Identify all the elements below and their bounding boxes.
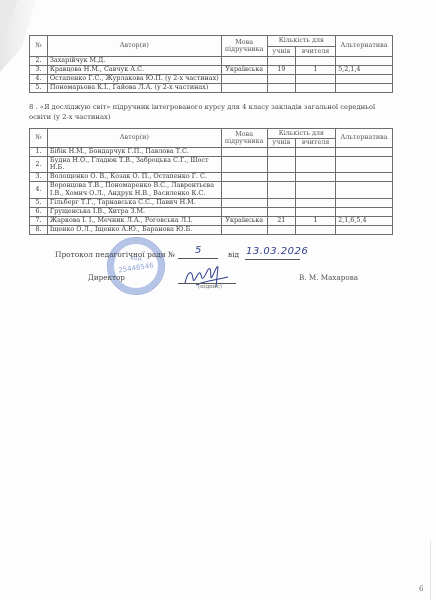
header-alternative: Альтернатива	[336, 36, 393, 57]
row-alternative	[336, 225, 393, 234]
row-teachers	[296, 181, 336, 198]
header-language: Мова підручника	[221, 36, 267, 57]
textbook-table-top: № Автор(и) Мова підручника Кількість для…	[29, 35, 393, 93]
row-students: 21	[267, 216, 295, 225]
row-alternative	[336, 172, 393, 181]
row-students	[267, 181, 295, 198]
table-row: 5. Пономарьова К.І., Гайова Л.А. (у 2-х …	[30, 84, 393, 93]
page-number: 6	[419, 585, 423, 593]
row-author: Волощенко О. В., Козак О. П., Остапенко …	[47, 172, 221, 181]
row-language	[221, 172, 267, 181]
row-language: Українська	[221, 216, 267, 225]
row-author: Остапенко Г.С., Журлакова Ю.П. (у 2-х ча…	[47, 75, 221, 84]
from-label: від	[228, 250, 239, 259]
page-edge	[430, 540, 431, 600]
protocol-number: 5	[195, 245, 201, 256]
table-row: 8. Іщенко О.Л., Іщенко А.Ю., Баранова Ю.…	[30, 225, 393, 234]
row-teachers	[296, 172, 336, 181]
row-language: Українська	[221, 66, 267, 75]
table-row: 6. Грущенська І.В., Хитра З.М.	[30, 207, 393, 216]
row-students: 19	[267, 66, 295, 75]
row-num: 5.	[30, 198, 48, 207]
row-author: Будна Н.О., Гладюк Т.В., Заброцька С.Г.,…	[47, 157, 221, 173]
row-num: 2.	[30, 157, 48, 173]
row-students	[267, 172, 295, 181]
row-author: Іщенко О.Л., Іщенко А.Ю., Баранова Ю.Б.	[47, 225, 221, 234]
protocol-label: Протокол педагогічної ради №	[55, 250, 175, 259]
row-language	[221, 157, 267, 173]
row-alternative	[336, 157, 393, 173]
header-quantity: Кількість для	[267, 36, 335, 47]
row-author: Жаркова І. І., Мечник Л.А., Роговська Л.…	[47, 216, 221, 225]
row-language	[221, 207, 267, 216]
row-teachers	[296, 57, 336, 66]
table-row: 3. Волощенко О. В., Козак О. П., Остапен…	[30, 172, 393, 181]
row-teachers	[296, 75, 336, 84]
row-author: Грущенська І.В., Хитра З.М.	[47, 207, 221, 216]
row-num: 3.	[30, 66, 48, 75]
row-teachers	[296, 207, 336, 216]
table-row: 2. Будна Н.О., Гладюк Т.В., Заброцька С.…	[30, 157, 393, 173]
row-students	[267, 75, 295, 84]
row-language	[221, 198, 267, 207]
table-row: 4. Воронцова Т.В., Пономаренко В.С., Лав…	[30, 181, 393, 198]
row-alternative	[336, 207, 393, 216]
row-num: 2.	[30, 57, 48, 66]
table-row: 3. Кравцова Н.М., Савчук А.С. Українська…	[30, 66, 393, 75]
protocol-number-line	[178, 258, 218, 259]
row-teachers: 1	[296, 216, 336, 225]
row-alternative	[336, 148, 393, 157]
row-teachers	[296, 198, 336, 207]
director-name: В. М. Махарова	[299, 273, 358, 282]
row-students	[267, 198, 295, 207]
row-author: Кравцова Н.М., Савчук А.С.	[47, 66, 221, 75]
row-alternative	[336, 75, 393, 84]
header-quantity: Кількість для	[267, 129, 335, 139]
row-author: Пономарьова К.І., Гайова Л.А. (у 2-х час…	[47, 84, 221, 93]
protocol-date: 13.03.2026	[246, 246, 308, 257]
row-author: Воронцова Т.В., Пономаренко В.С., Лаврен…	[47, 181, 221, 198]
header-teachers: вчителя	[296, 47, 336, 57]
row-teachers: 1	[296, 66, 336, 75]
row-num: 7.	[30, 216, 48, 225]
row-students	[267, 225, 295, 234]
row-num: 3.	[30, 172, 48, 181]
official-stamp: код 25448546	[107, 237, 165, 295]
section-heading: 8 . «Я досліджую світ» підручник інтегро…	[29, 103, 399, 122]
row-alternative	[336, 198, 393, 207]
row-num: 6.	[30, 207, 48, 216]
row-language	[221, 148, 267, 157]
row-language	[221, 75, 267, 84]
header-teachers: вчителя	[296, 139, 336, 148]
table-row: 2. Захарійчук М.Д.	[30, 57, 393, 66]
row-students	[267, 57, 295, 66]
row-num: 5.	[30, 84, 48, 93]
table-row: 4. Остапенко Г.С., Журлакова Ю.П. (у 2-х…	[30, 75, 393, 84]
row-num: 4.	[30, 181, 48, 198]
header-students: учнів	[267, 139, 295, 148]
row-alternative	[336, 181, 393, 198]
row-alternative	[336, 57, 393, 66]
row-alternative: 5,2,1,4	[336, 66, 393, 75]
row-language	[221, 225, 267, 234]
row-num: 8.	[30, 225, 48, 234]
header-author: Автор(и)	[47, 36, 221, 57]
signature-caption: (підпис)	[198, 284, 222, 290]
header-num: №	[30, 36, 48, 57]
row-language	[221, 57, 267, 66]
row-alternative	[336, 84, 393, 93]
row-num: 1.	[30, 148, 48, 157]
row-num: 4.	[30, 75, 48, 84]
row-students	[267, 84, 295, 93]
row-language	[221, 181, 267, 198]
header-language: Мова підручника	[221, 129, 267, 148]
textbook-table-bottom: № Автор(и) Мова підручника Кількість для…	[29, 128, 393, 235]
table-row: 7. Жаркова І. І., Мечник Л.А., Роговська…	[30, 216, 393, 225]
row-teachers	[296, 225, 336, 234]
header-alternative: Альтернатива	[336, 129, 393, 148]
row-language	[221, 84, 267, 93]
row-students	[267, 207, 295, 216]
header-author: Автор(и)	[47, 129, 221, 148]
row-teachers	[296, 157, 336, 173]
row-author: Гільберг Т.Г., Тарнавська С.С., Павич Н.…	[47, 198, 221, 207]
date-line	[245, 259, 300, 260]
table-row: 5. Гільберг Т.Г., Тарнавська С.С., Павич…	[30, 198, 393, 207]
row-students	[267, 157, 295, 173]
row-teachers	[296, 148, 336, 157]
header-num: №	[30, 129, 48, 148]
header-students: учнів	[267, 47, 295, 57]
row-students	[267, 148, 295, 157]
row-author: Захарійчук М.Д.	[47, 57, 221, 66]
director-label: Директор	[88, 273, 125, 282]
row-alternative: 2,1,6,5,4	[336, 216, 393, 225]
row-teachers	[296, 84, 336, 93]
